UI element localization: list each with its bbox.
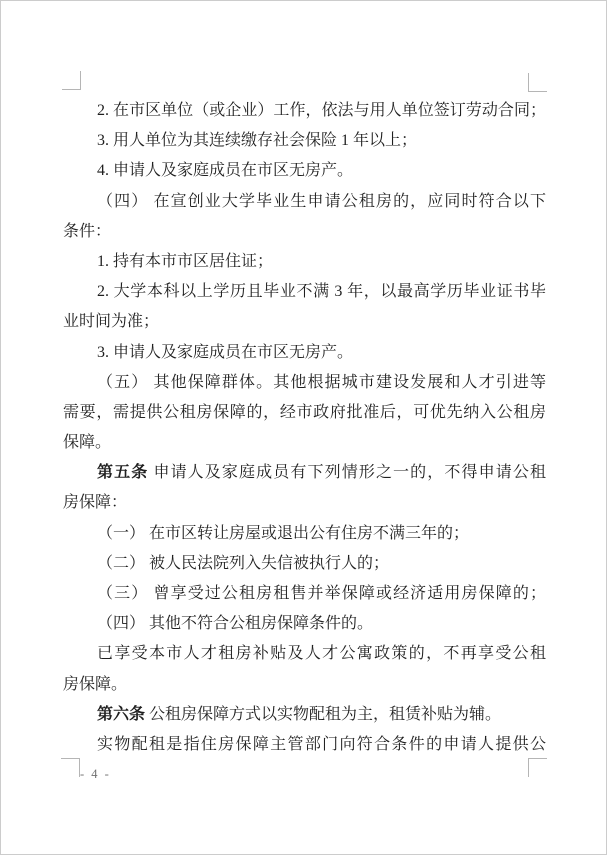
text-segment: 房保障。: [63, 676, 127, 693]
text-segment: 业时间为准；: [63, 313, 159, 330]
text-segment: 3. 用人单位为其连续缴存社会保险 1 年以上；: [97, 132, 417, 149]
text-segment: 4. 申请人及家庭成员在市区无房产。: [97, 162, 353, 179]
crop-mark-bottom-left-icon: [61, 758, 80, 777]
text-line: 条件：: [63, 217, 546, 247]
text-line: 第六条 公租房保障方式以实物配租为主，租赁补贴为辅。: [63, 700, 546, 730]
text-line: 业时间为准；: [63, 307, 546, 337]
text-line: （三） 曾享受过公租房租售并举保障或经济适用房保障的；: [63, 579, 546, 609]
text-line: 第五条 申请人及家庭成员有下列情形之一的，不得申请公租: [63, 458, 546, 488]
text-segment: （四） 在宣创业大学毕业生申请公租房的，应同时符合以下: [97, 193, 546, 210]
crop-mark-bottom-right-icon: [528, 758, 547, 777]
document-body: 2. 在市区单位（或企业）工作，依法与用人单位签订劳动合同；3. 用人单位为其连…: [63, 96, 546, 760]
text-line: 2. 大学本科以上学历且毕业不满 3 年，以最高学历毕业证书毕: [63, 277, 546, 307]
text-line: 实物配租是指住房保障主管部门向符合条件的申请人提供公: [63, 730, 546, 760]
crop-mark-top-right-icon: [528, 73, 547, 92]
text-segment: （四） 其他不符合公租房保障条件的。: [97, 615, 373, 632]
text-segment: 实物配租是指住房保障主管部门向符合条件的申请人提供公: [97, 736, 546, 753]
text-line: 需要，需提供公租房保障的，经市政府批准后，可优先纳入公租房: [63, 398, 546, 428]
text-segment: 需要，需提供公租房保障的，经市政府批准后，可优先纳入公租房: [63, 404, 546, 421]
text-segment: （三） 曾享受过公租房租售并举保障或经济适用房保障的；: [97, 585, 546, 602]
text-segment: （五） 其他保障群体。其他根据城市建设发展和人才引进等: [97, 374, 546, 391]
text-line: 3. 申请人及家庭成员在市区无房产。: [63, 338, 546, 368]
page-number: - 4 -: [80, 767, 111, 782]
text-segment: 3. 申请人及家庭成员在市区无房产。: [97, 344, 353, 361]
document-page: 2. 在市区单位（或企业）工作，依法与用人单位签订劳动合同；3. 用人单位为其连…: [0, 0, 607, 855]
text-segment: 2. 在市区单位（或企业）工作，依法与用人单位签订劳动合同；: [97, 102, 546, 119]
text-segment: 2. 大学本科以上学历且毕业不满 3 年，以最高学历毕业证书毕: [97, 283, 546, 300]
text-segment: 房保障：: [63, 494, 127, 511]
article-number: 第五条: [97, 464, 148, 481]
text-line: 房保障。: [63, 670, 546, 700]
text-segment: 保障。: [63, 434, 111, 451]
text-line: （一） 在市区转让房屋或退出公有住房不满三年的；: [63, 519, 546, 549]
text-line: （四） 在宣创业大学毕业生申请公租房的，应同时符合以下: [63, 187, 546, 217]
text-segment: 条件：: [63, 223, 111, 240]
crop-mark-top-left-icon: [62, 71, 81, 90]
text-segment: 1. 持有本市市区居住证；: [97, 253, 273, 270]
text-line: （五） 其他保障群体。其他根据城市建设发展和人才引进等: [63, 368, 546, 398]
text-line: 3. 用人单位为其连续缴存社会保险 1 年以上；: [63, 126, 546, 156]
text-segment: 已享受本市人才租房补贴及人才公寓政策的，不再享受公租: [97, 645, 546, 662]
text-segment: 公租房保障方式以实物配租为主，租赁补贴为辅。: [145, 706, 501, 723]
text-line: 2. 在市区单位（或企业）工作，依法与用人单位签订劳动合同；: [63, 96, 546, 126]
text-segment: 申请人及家庭成员有下列情形之一的，不得申请公租: [148, 464, 546, 481]
text-line: （二） 被人民法院列入失信被执行人的；: [63, 549, 546, 579]
text-line: 保障。: [63, 428, 546, 458]
text-line: 房保障：: [63, 488, 546, 518]
text-segment: （二） 被人民法院列入失信被执行人的；: [97, 555, 389, 572]
text-line: 1. 持有本市市区居住证；: [63, 247, 546, 277]
text-line: 4. 申请人及家庭成员在市区无房产。: [63, 156, 546, 186]
text-segment: （一） 在市区转让房屋或退出公有住房不满三年的；: [97, 525, 469, 542]
text-line: 已享受本市人才租房补贴及人才公寓政策的，不再享受公租: [63, 639, 546, 669]
text-line: （四） 其他不符合公租房保障条件的。: [63, 609, 546, 639]
article-number: 第六条: [97, 706, 145, 723]
